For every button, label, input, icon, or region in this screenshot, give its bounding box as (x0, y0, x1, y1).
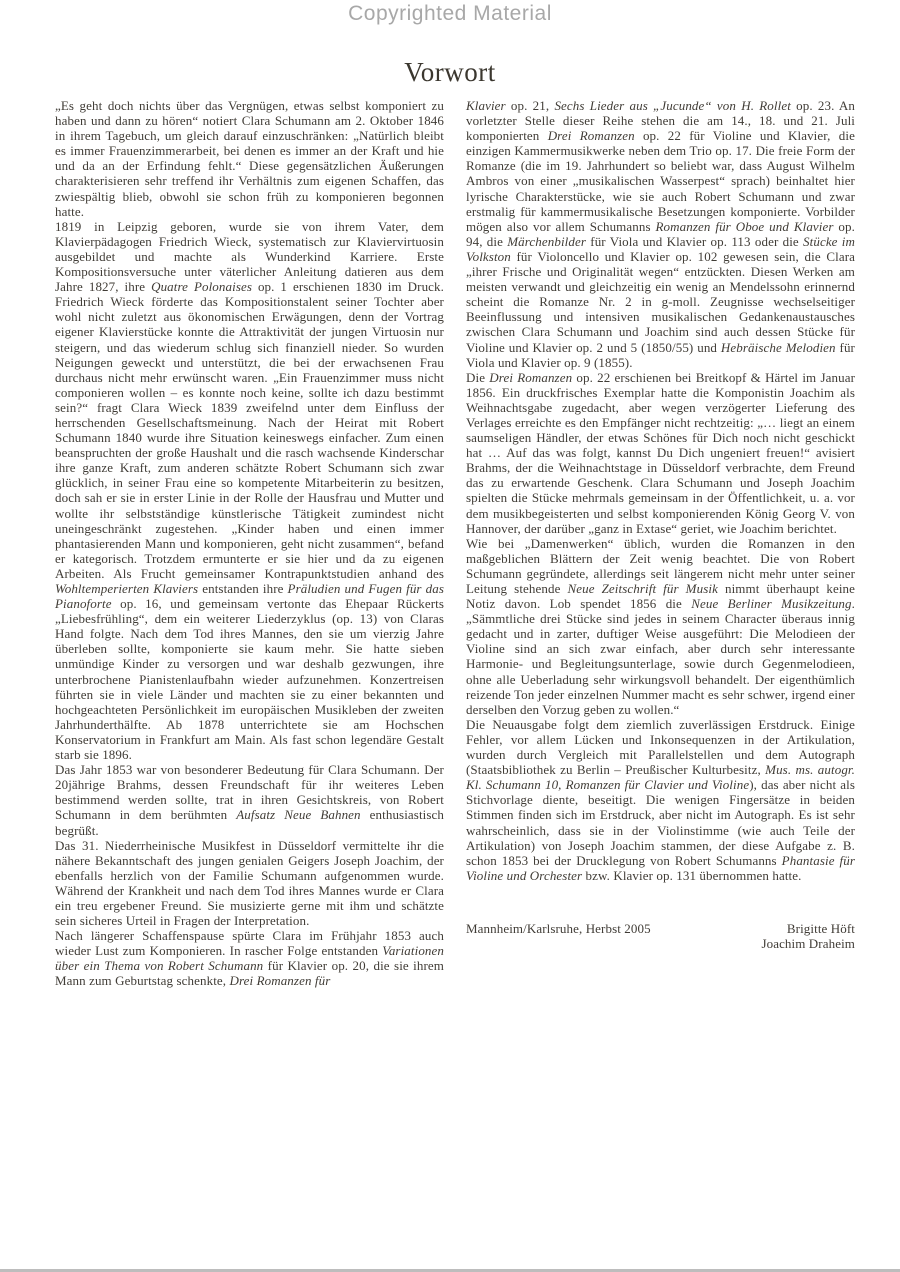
paragraph: 1819 in Leipzig geboren, wurde sie von i… (55, 219, 444, 762)
paragraph: Wie bei „Damenwerken“ üblich, wurden die… (466, 536, 855, 717)
italic-text-run: Klavier (466, 98, 506, 113)
author-name: Joachim Draheim (761, 936, 855, 952)
italic-text-run: Drei Romanzen (489, 370, 572, 385)
paragraph: „Es geht doch nichts über das Vergnügen,… (55, 98, 444, 219)
right-column-paragraphs: Klavier op. 21, Sechs Lieder aus „Jucund… (466, 98, 855, 883)
text-run: op. 22 erschienen bei Breitkopf & Härtel… (466, 370, 855, 536)
text-run: entstanden ihre (198, 581, 287, 596)
italic-text-run: Hebräische Melodien (721, 340, 836, 355)
place-date: Mannheim/Karlsruhe, Herbst 2005 (466, 921, 651, 937)
italic-text-run: Märchenbilder (507, 234, 586, 249)
paragraph: Das 31. Niederrheinische Musikfest in Dü… (55, 838, 444, 929)
paragraph: Das Jahr 1853 war von besonderer Bedeutu… (55, 762, 444, 837)
italic-text-run: Quatre Polonaises (151, 279, 252, 294)
text-run: op. 21, (506, 98, 555, 113)
right-column: Klavier op. 21, Sechs Lieder aus „Jucund… (466, 98, 855, 989)
text-run: „Es geht doch nichts über das Vergnügen,… (55, 98, 444, 219)
italic-text-run: Neue Berliner Musikzeitung (691, 596, 851, 611)
text-run: für Viola und Klavier op. 113 oder die (586, 234, 803, 249)
text-run: Das 31. Niederrheinische Musikfest in Dü… (55, 838, 444, 928)
paragraph: Die Drei Romanzen op. 22 erschienen bei … (466, 370, 855, 536)
left-column: „Es geht doch nichts über das Vergnügen,… (55, 98, 444, 989)
copyright-banner: Copyrighted Material (0, 2, 900, 26)
signoff-block: Mannheim/Karlsruhe, Herbst 2005 Brigitte… (466, 921, 855, 952)
preface-body: „Es geht doch nichts über das Vergnügen,… (55, 98, 855, 989)
document-page: Copyrighted Material Vorwort „Es geht do… (0, 0, 900, 1272)
text-run: bzw. Klavier op. 131 übernommen hatte. (582, 868, 801, 883)
text-run: op. 16, und gemeinsam vertonte das Ehepa… (55, 596, 444, 762)
text-run: Die (466, 370, 489, 385)
page-title: Vorwort (0, 57, 900, 88)
author-name: Brigitte Höft (761, 921, 855, 937)
italic-text-run: Romanzen für Oboe und Klavier (656, 219, 834, 234)
italic-text-run: Drei Romanzen für (229, 973, 330, 988)
paragraph: Nach längerer Schaffenspause spürte Clar… (55, 928, 444, 988)
author-names: Brigitte Höft Joachim Draheim (761, 921, 855, 952)
italic-text-run: Wohltemperierten Klaviers (55, 581, 198, 596)
italic-text-run: Aufsatz Neue Bahnen (236, 807, 360, 822)
paragraph: Die Neuausgabe folgt dem ziemlich zuverl… (466, 717, 855, 883)
italic-text-run: Sechs Lieder aus „Jucunde“ von H. Rollet (554, 98, 790, 113)
italic-text-run: Drei Romanzen (548, 128, 635, 143)
text-run: op. 1 erschienen 1830 im Druck. Friedric… (55, 279, 444, 581)
text-run: . „Sämmtliche drei Stücke sind jedes in … (466, 596, 855, 717)
italic-text-run: Neue Zeitschrift für Musik (567, 581, 717, 596)
paragraph: Klavier op. 21, Sechs Lieder aus „Jucund… (466, 98, 855, 370)
